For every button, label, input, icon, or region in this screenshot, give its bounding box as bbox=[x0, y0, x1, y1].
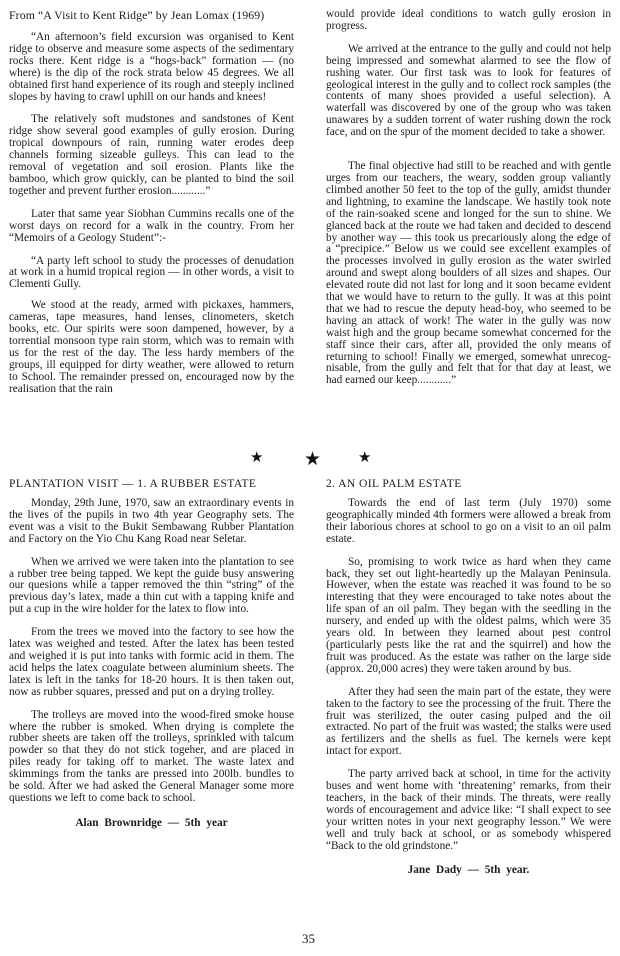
paragraph: would provide ideal conditions to watch … bbox=[326, 9, 611, 33]
author-signature: Jane Dady — 5th year. bbox=[326, 864, 611, 876]
paragraph: Later that same year Siobhan Cummins rec… bbox=[9, 209, 294, 245]
paragraph: After they had seen the main part of the… bbox=[326, 687, 611, 758]
kent-ridge-article-column: From “A Visit to Kent Ridge” by Jean Lom… bbox=[9, 9, 294, 406]
author-signature: Alan Brownridge — 5th year bbox=[9, 817, 294, 829]
star-icon: ★ bbox=[250, 448, 263, 468]
oil-palm-heading: 2. AN OIL PALM ESTATE bbox=[326, 477, 611, 490]
kent-ridge-heading: From “A Visit to Kent Ridge” by Jean Lom… bbox=[9, 9, 294, 22]
star-icon: ★ bbox=[358, 448, 371, 468]
gully-memoir-continued-column: would provide ideal conditions to watch … bbox=[326, 9, 611, 398]
section-separator: ★ ★ ★ bbox=[0, 448, 620, 468]
paragraph: “An afternoon’s field excursion was orga… bbox=[9, 32, 294, 103]
paragraph: So, promising to work twice as hard when… bbox=[326, 557, 611, 676]
paragraph: From the trees we moved into the factory… bbox=[9, 627, 294, 698]
paragraph: The relatively soft mudstones and sandst… bbox=[9, 114, 294, 197]
oil-palm-article-column: 2. AN OIL PALM ESTATE Towards the end of… bbox=[326, 477, 611, 876]
paragraph: We stood at the ready, armed with pickax… bbox=[9, 300, 294, 395]
paragraph: We arrived at the entrance to the gully … bbox=[326, 44, 611, 139]
paragraph: The party arrived back at school, in tim… bbox=[326, 769, 611, 852]
paragraph: Monday, 29th June, 1970, saw an extraord… bbox=[9, 498, 294, 546]
page-number: 35 bbox=[302, 931, 315, 947]
paragraph: When we arrived we were taken into the p… bbox=[9, 557, 294, 617]
paragraph: “A party left school to study the proces… bbox=[9, 256, 294, 292]
paragraph: Towards the end of last term (July 1970)… bbox=[326, 498, 611, 546]
paragraph: The trolleys are moved into the wood-fir… bbox=[9, 710, 294, 805]
star-icon: ★ bbox=[304, 450, 321, 470]
paragraph: The final objective had still to be reac… bbox=[326, 161, 611, 387]
rubber-estate-heading: PLANTATION VISIT — 1. A RUBBER ESTATE bbox=[9, 477, 294, 490]
rubber-estate-article-column: PLANTATION VISIT — 1. A RUBBER ESTATE Mo… bbox=[9, 477, 294, 829]
